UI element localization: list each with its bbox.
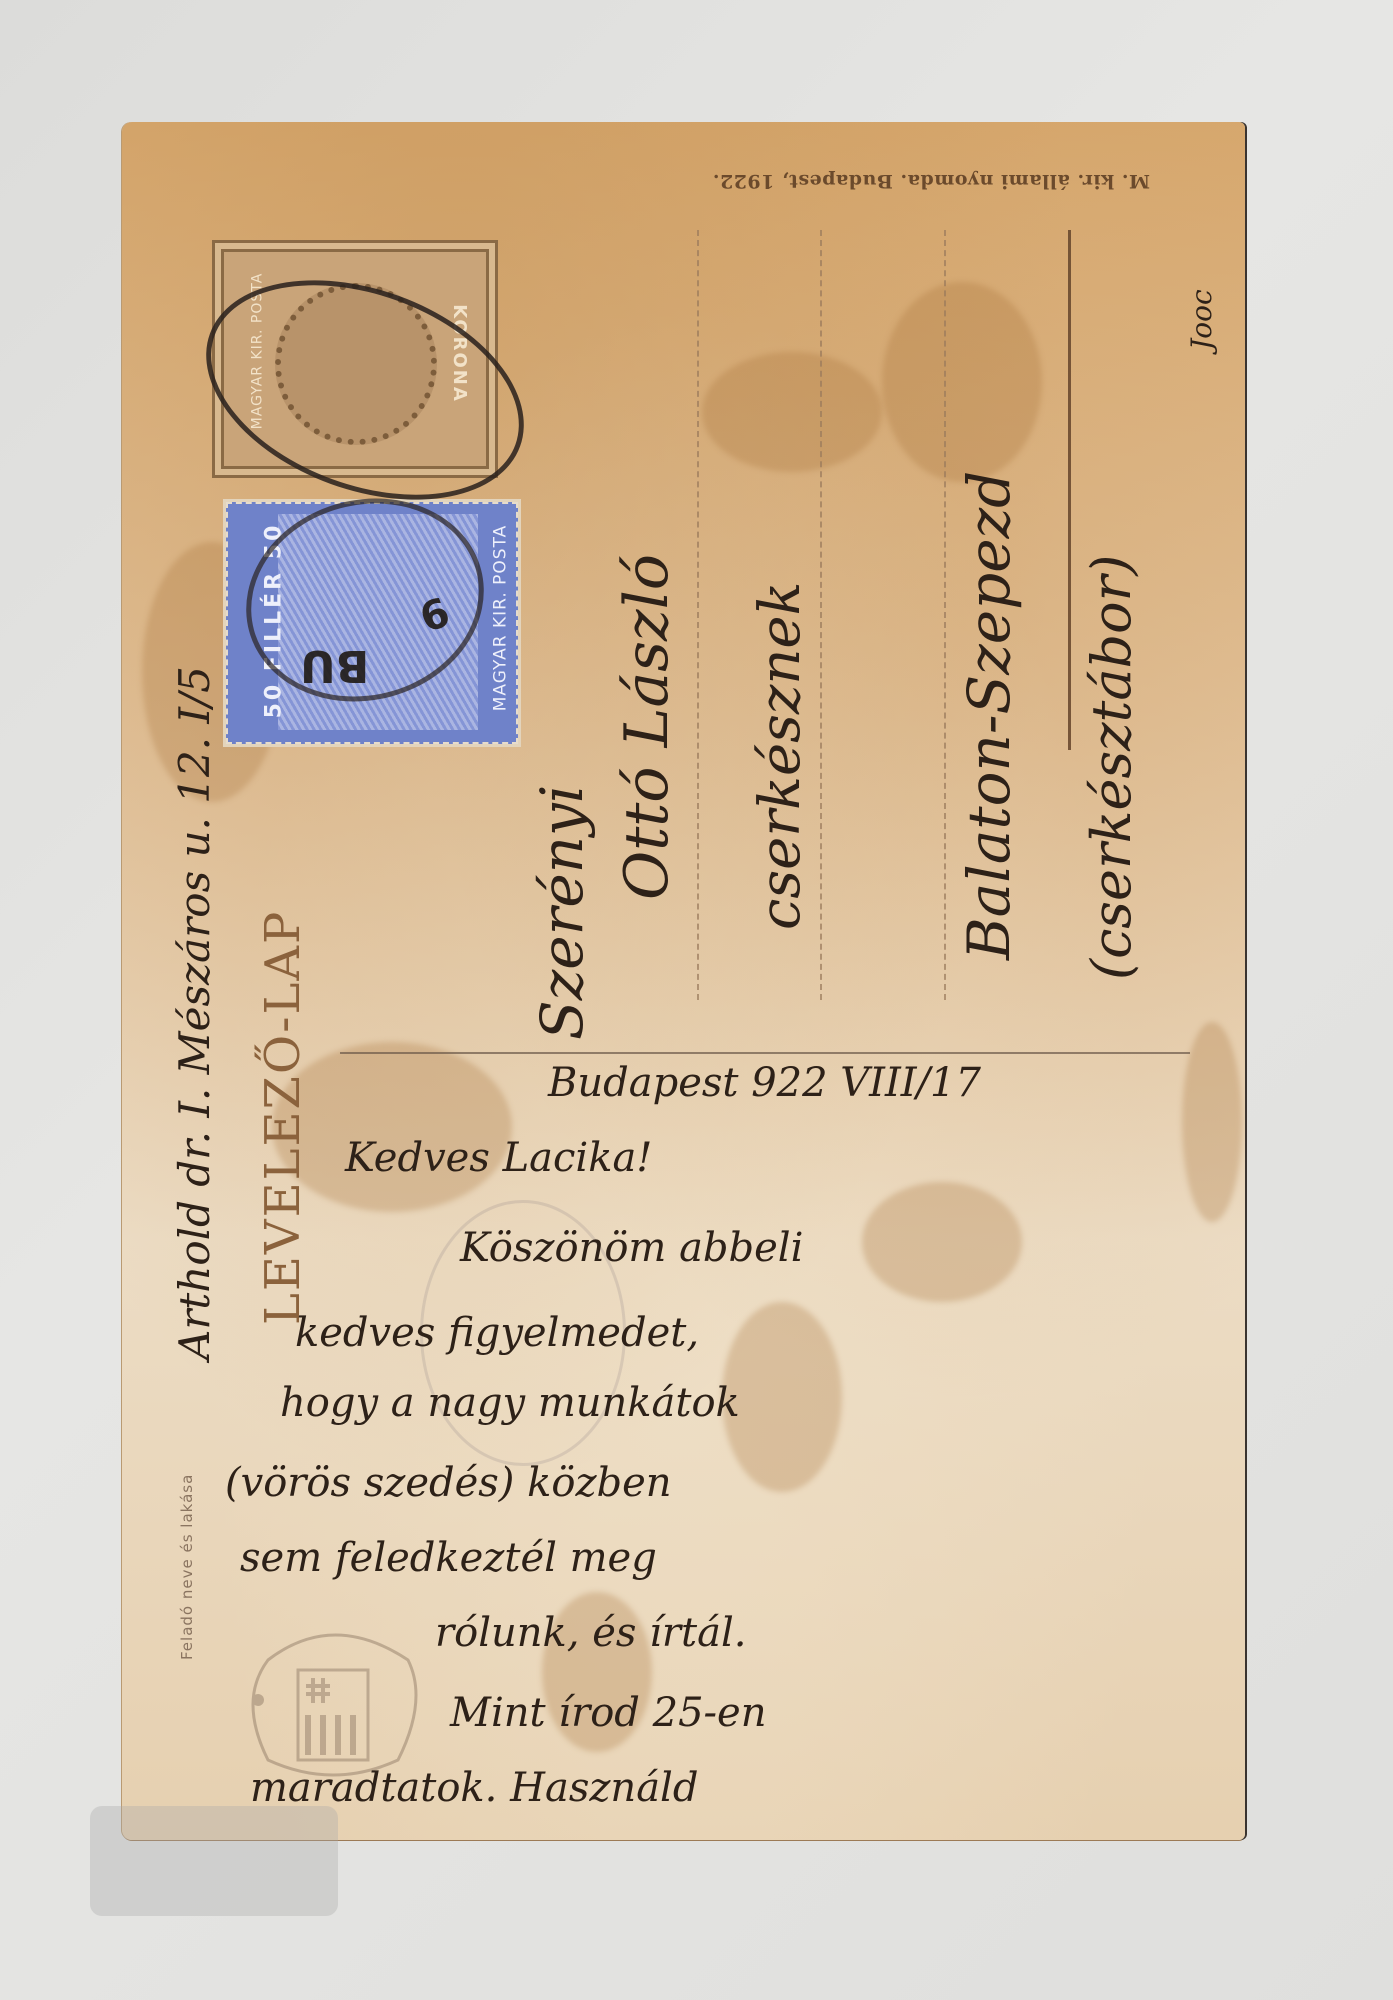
hungarian-coat-of-arms-icon bbox=[228, 1620, 438, 1780]
recipient-line: (cserkésztábor) bbox=[1080, 555, 1143, 981]
sender-address: Arthold dr. I. Mészáros u. 12. I/5 bbox=[170, 666, 219, 1360]
message-line: rólunk, és írtál. bbox=[435, 1610, 746, 1656]
printer-imprint: M. kir. állami nyomda. Budapest, 1922. bbox=[590, 170, 1150, 192]
recipient-line: Szerényi bbox=[528, 785, 596, 1040]
message-line: (vörös szedés) közben bbox=[225, 1460, 672, 1506]
stain bbox=[702, 352, 882, 472]
address-rule bbox=[697, 230, 699, 1000]
message-line: maradtatok. Használd bbox=[250, 1765, 698, 1811]
stain bbox=[862, 1182, 1022, 1302]
message-dateline: Budapest 922 VIII/17 bbox=[548, 1060, 981, 1106]
address-rule bbox=[820, 230, 822, 1000]
stain bbox=[882, 282, 1042, 482]
message-line: Kedves Lacika! bbox=[345, 1135, 652, 1181]
stain bbox=[722, 1302, 842, 1492]
recipient-line: cserkésznek bbox=[748, 582, 813, 930]
message-line: kedves figyelmedet, bbox=[295, 1310, 699, 1356]
card-type-title: LEVELEZŐ-LAP bbox=[255, 910, 311, 1325]
stain bbox=[1182, 1022, 1242, 1222]
translucent-overlay bbox=[90, 1806, 338, 1916]
address-underline bbox=[1068, 230, 1071, 750]
message-divider bbox=[340, 1052, 1190, 1054]
address-rule bbox=[944, 230, 946, 1000]
postmark-town: BU bbox=[300, 640, 369, 691]
corner-mark: Jooc bbox=[1185, 289, 1218, 350]
message-line: Mint írod 25-en bbox=[450, 1690, 766, 1736]
recipient-line: Ottó László bbox=[612, 554, 682, 900]
sender-label: Feladó neve és lakása bbox=[178, 1474, 196, 1660]
message-line: sem feledkeztél meg bbox=[240, 1535, 657, 1581]
stamp-side-text: MAGYAR KIR. POSTA bbox=[491, 525, 511, 712]
message-line: hogy a nagy munkátok bbox=[280, 1380, 740, 1426]
message-line: Köszönöm abbeli bbox=[460, 1225, 803, 1271]
recipient-line: Balaton-Szepezd bbox=[955, 471, 1023, 960]
